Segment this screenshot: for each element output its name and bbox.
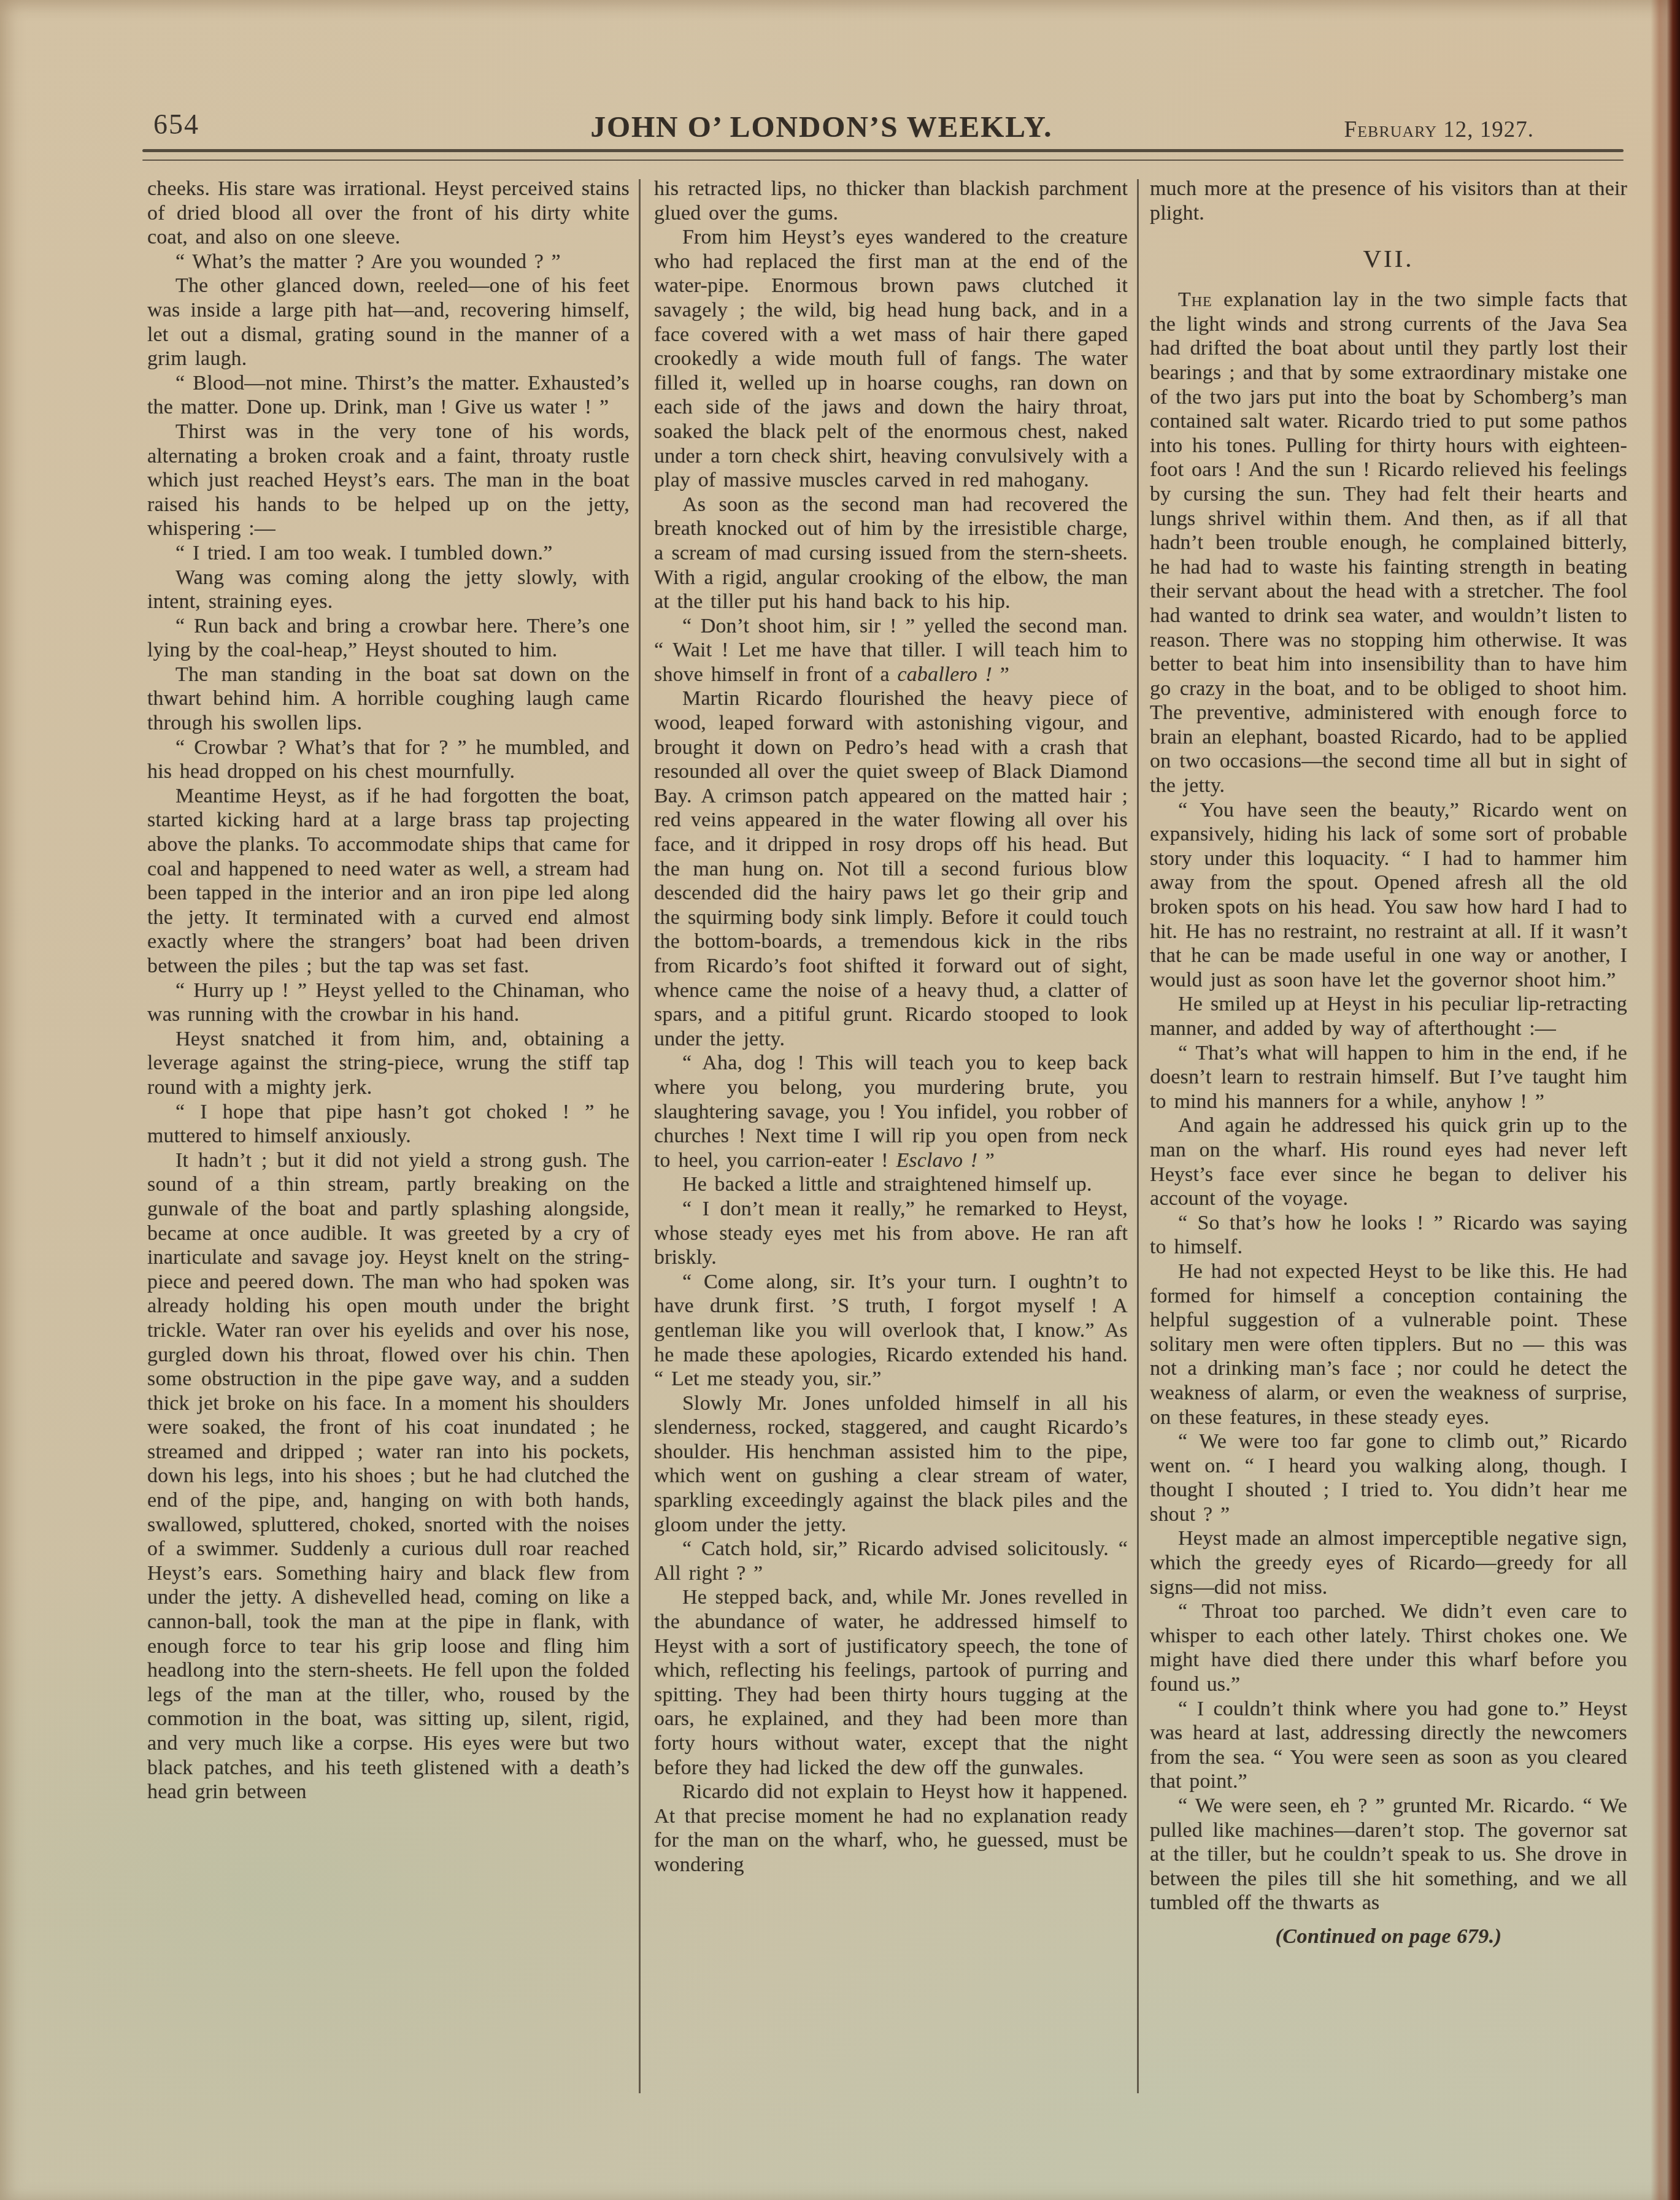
page-header: 654 JOHN O’ LONDON’S WEEKLY. February 12… <box>0 0 1680 147</box>
paragraph: “ We were seen, eh ? ” grunted Mr. Ricar… <box>1150 1794 1627 1915</box>
text-column-3: much more at the presence of his visitor… <box>1150 177 1627 1948</box>
paragraph: “ Hurry up ! ” Heyst yelled to the China… <box>147 979 630 1027</box>
paragraph: Thirst was in the very tone of his words… <box>147 420 630 541</box>
continued-note: (Continued on page 679.) <box>1150 1925 1627 1948</box>
paragraph: The man standing in the boat sat down on… <box>147 663 630 736</box>
text-run: Esclavo ! <box>896 1149 977 1172</box>
issue-date: February 12, 1927. <box>1344 117 1534 143</box>
paragraph: “ I tried. I am too weak. I tumbled down… <box>147 541 630 566</box>
paragraph: “ Throat too parched. We didn’t even car… <box>1150 1599 1627 1696</box>
paragraph: much more at the presence of his visitor… <box>1150 177 1627 225</box>
paragraph: Slowly Mr. Jones unfolded himself in all… <box>654 1391 1128 1537</box>
column-divider-left <box>639 179 641 2093</box>
text-column-1: cheeks. His stare was irrational. Heyst … <box>147 177 630 1804</box>
paragraph: As soon as the second man had recovered … <box>654 493 1128 614</box>
paragraph: Wang was coming along the jetty slowly, … <box>147 566 630 614</box>
text-run: ” <box>992 663 1009 686</box>
text-run: “ Don’t shoot him, sir ! ” yelled the se… <box>654 615 1128 686</box>
paragraph: From him Heyst’s eyes wandered to the cr… <box>654 225 1128 493</box>
paragraph: He had not expected Heyst to be like thi… <box>1150 1260 1627 1429</box>
paragraph: cheeks. His stare was irrational. Heyst … <box>147 177 630 250</box>
masthead-title: JOHN O’ LONDON’S WEEKLY. <box>184 109 1459 144</box>
column-paragraphs: cheeks. His stare was irrational. Heyst … <box>147 177 630 1804</box>
paragraph: his retracted lips, no thicker than blac… <box>654 177 1128 225</box>
paragraph: “ I hope that pipe hasn’t got choked ! ”… <box>147 1100 630 1148</box>
paragraph: “ Run back and bring a crowbar here. The… <box>147 614 630 663</box>
paragraph: “ We were too far gone to climb out,” Ri… <box>1150 1429 1627 1526</box>
header-rule-thin <box>142 160 1624 161</box>
paragraph: “ What’s the matter ? Are you wounded ? … <box>147 250 630 274</box>
magazine-page: 654 JOHN O’ LONDON’S WEEKLY. February 12… <box>0 0 1680 2200</box>
paragraph: The other glanced down, reeled—one of hi… <box>147 274 630 371</box>
paragraph: Martin Ricardo flourished the heavy piec… <box>654 687 1128 1051</box>
paragraph: He stepped back, and, while Mr. Jones re… <box>654 1585 1128 1780</box>
paragraph: “ Aha, dog ! This will teach you to keep… <box>654 1051 1128 1172</box>
page-edge-shadow <box>1651 0 1680 2200</box>
text-run: explanation lay in the two simple facts … <box>1150 288 1627 797</box>
column-paragraphs: his retracted lips, no thicker than blac… <box>654 177 1128 1877</box>
text-column-2: his retracted lips, no thicker than blac… <box>654 177 1128 1877</box>
column-divider-right <box>1137 179 1139 2093</box>
paragraph: “ Come along, sir. It’s your turn. I oug… <box>654 1270 1128 1391</box>
text-run: caballero ! <box>897 663 992 686</box>
paragraph: “ Don’t shoot him, sir ! ” yelled the se… <box>654 614 1128 687</box>
paragraph: “ You have seen the beauty,” Ricardo wen… <box>1150 798 1627 993</box>
paragraph: The explanation lay in the two simple fa… <box>1150 288 1627 798</box>
paragraph: And again he addressed his quick grin up… <box>1150 1113 1627 1210</box>
paragraph: Heyst made an almost imperceptible negat… <box>1150 1526 1627 1599</box>
paragraph: It hadn’t ; but it did not yield a stron… <box>147 1148 630 1804</box>
paragraph: Ricardo did not explain to Heyst how it … <box>654 1780 1128 1877</box>
paragraph: Meantime Heyst, as if he had forgotten t… <box>147 784 630 979</box>
paragraph: He backed a little and straightened hims… <box>654 1172 1128 1197</box>
section-heading: VII. <box>1150 244 1627 273</box>
text-run: “ Aha, dog ! This will teach you to keep… <box>654 1052 1128 1171</box>
paragraph: “ Catch hold, sir,” Ricardo advised soli… <box>654 1537 1128 1585</box>
paragraph: Heyst snatched it from him, and, obtaini… <box>147 1027 630 1100</box>
column-paragraphs: much more at the presence of his visitor… <box>1150 177 1627 1915</box>
paragraph: He smiled up at Heyst in his peculiar li… <box>1150 992 1627 1040</box>
paragraph: “ That’s what will happen to him in the … <box>1150 1041 1627 1114</box>
paragraph: “ So that’s how he looks ! ” Ricardo was… <box>1150 1211 1627 1260</box>
text-run: ” <box>977 1149 995 1172</box>
paragraph: “ Blood—not mine. Thirst’s the matter. E… <box>147 371 630 420</box>
paragraph: “ I couldn’t think where you had gone to… <box>1150 1697 1627 1794</box>
paragraph: “ Crowbar ? What’s that for ? ” he mumbl… <box>147 736 630 784</box>
paragraph: “ I don’t mean it really,” he remarked t… <box>654 1197 1128 1270</box>
text-run: The <box>1178 288 1212 311</box>
header-rule-thick <box>142 149 1624 152</box>
